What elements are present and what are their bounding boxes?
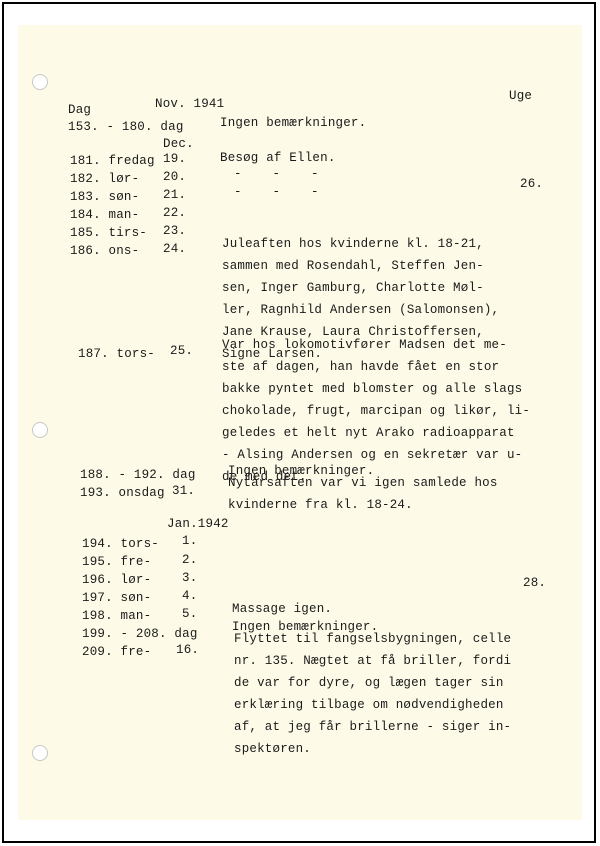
entry-day: 186. ons- [70, 245, 139, 258]
entry-day: 181. fredag [70, 155, 155, 168]
entry-day: 199. - 208. dag [82, 628, 198, 641]
entry-day: 198. man- [82, 610, 151, 623]
entry-day: 182. lør- [70, 173, 139, 186]
entry-day: 183. søn- [70, 191, 139, 204]
entry-note: Flyttet til fangselsbygningen, celle nr.… [234, 628, 511, 760]
entry-day: 194. tors- [82, 538, 159, 551]
day-column-header: Dag [68, 104, 91, 117]
entry-date: 22. [163, 207, 186, 220]
entry-date: 1. [182, 535, 197, 548]
month-heading-jan-1942: Jan.1942 [167, 518, 229, 531]
week-column-header: Uge [509, 90, 532, 103]
week-number: 28. [523, 577, 546, 590]
month-heading-dec: Dec. [163, 138, 194, 151]
entry-date: 5. [182, 608, 197, 621]
entry-note: - - - [234, 168, 319, 181]
entry-note: Massage igen. [232, 603, 332, 616]
entry-note: Nytårsaften var vi igen samlede hos kvin… [228, 472, 498, 516]
entry-date: 24. [163, 243, 186, 256]
entry-date: 4. [182, 590, 197, 603]
week-number: 26. [520, 178, 543, 191]
entry-day: 195. fre- [82, 556, 151, 569]
month-heading-nov-1941: Nov. 1941 [155, 98, 224, 111]
entry-note: Ingen bemærkninger. [220, 117, 366, 130]
entry-day: 209. fre- [82, 646, 151, 659]
entry-day: 185. tirs- [70, 227, 147, 240]
entry-date: 23. [163, 225, 186, 238]
entry-day: 188. - 192. dag [80, 469, 196, 482]
entry-date: 20. [163, 171, 186, 184]
entry-day: 197. søn- [82, 592, 151, 605]
entry-day: 196. lør- [82, 574, 151, 587]
entry-day: 193. onsdag [80, 487, 165, 500]
punch-hole-middle [32, 422, 48, 438]
punch-hole-bottom [32, 745, 48, 761]
entry-date: 2. [182, 554, 197, 567]
punch-hole-top [32, 74, 48, 90]
entry-date: 16. [176, 644, 199, 657]
entry-date: 3. [182, 572, 197, 585]
entry-date: 19. [163, 153, 186, 166]
entry-day: 184. man- [70, 209, 139, 222]
entry-date: 25. [170, 345, 193, 358]
entry-date: 31. [172, 485, 195, 498]
entry-day: 153. - 180. dag [68, 121, 184, 134]
entry-note: Besøg af Ellen. [220, 152, 336, 165]
entry-day: 187. tors- [78, 348, 155, 361]
entry-note: - - - [234, 186, 319, 199]
entry-date: 21. [163, 189, 186, 202]
